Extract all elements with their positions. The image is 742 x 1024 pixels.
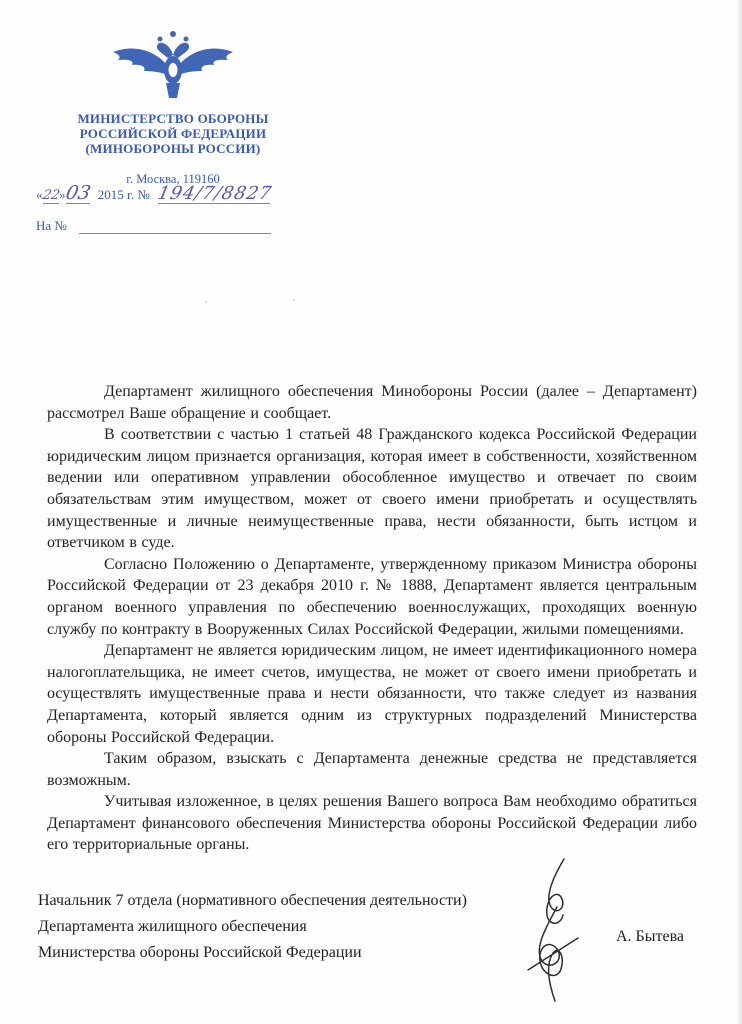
date-number-row: « 22 » 03 2015 г. № 194/7/8827: [36, 184, 270, 204]
signer-name: А. Бытева: [616, 928, 684, 946]
reference-label: На №: [36, 218, 67, 234]
handwritten-day: 22: [41, 188, 61, 203]
ministry-name-line2: РОССИЙСКОЙ ФЕДЕРАЦИИ: [28, 126, 318, 141]
ministry-name: МИНИСТЕРСТВО ОБОРОНЫ РОССИЙСКОЙ ФЕДЕРАЦИ…: [28, 111, 318, 156]
month-underline: 03: [66, 184, 90, 204]
signer-position-line2: Департамента жилищного обеспечения: [38, 914, 467, 940]
signature-position-block: Начальник 7 отдела (нормативного обеспеч…: [38, 888, 467, 966]
year-number-label: 2015 г. №: [98, 187, 150, 204]
scan-speck: [293, 299, 295, 301]
document-page: МИНИСТЕРСТВО ОБОРОНЫ РОССИЙСКОЙ ФЕДЕРАЦИ…: [0, 0, 742, 1024]
handwritten-signature-icon: [520, 856, 584, 1011]
ministry-name-line1: МИНИСТЕРСТВО ОБОРОНЫ: [28, 111, 318, 126]
scan-speck: [118, 925, 120, 927]
handwritten-month: 03: [64, 184, 92, 203]
paragraph-1: Департамент жилищного обеспечения Минобо…: [47, 381, 697, 424]
ministry-name-line3: (МИНОБОРОНЫ РОССИИ): [28, 141, 318, 156]
handwritten-doc-number: 194/7/8827: [156, 184, 274, 203]
paragraph-5: Таким образом, взыскать с Департамента д…: [47, 748, 697, 791]
scan-speck: [205, 301, 207, 303]
letter-body: Департамент жилищного обеспечения Минобо…: [47, 381, 697, 856]
number-underline: 194/7/8827: [158, 184, 270, 204]
signer-position-line1: Начальник 7 отдела (нормативного обеспеч…: [38, 888, 467, 914]
double-headed-eagle-emblem-icon: [110, 28, 236, 107]
reference-blank-line: [79, 218, 271, 234]
paragraph-4: Департамент не является юридическим лицо…: [47, 640, 697, 748]
letterhead: МИНИСТЕРСТВО ОБОРОНЫ РОССИЙСКОЙ ФЕДЕРАЦИ…: [28, 28, 318, 187]
paragraph-3: Согласно Положению о Департаменте, утвер…: [47, 554, 697, 640]
signer-position-line3: Министерства обороны Российской Федераци…: [38, 940, 467, 966]
reference-row: На №: [36, 218, 271, 234]
scan-edge-shadow: [737, 0, 742, 1024]
paragraph-2: В соответствии с частью 1 статьей 48 Гра…: [47, 424, 697, 554]
paragraph-6: Учитывая изложенное, в целях решения Ваш…: [47, 791, 697, 856]
day-underline: 22: [43, 187, 60, 204]
